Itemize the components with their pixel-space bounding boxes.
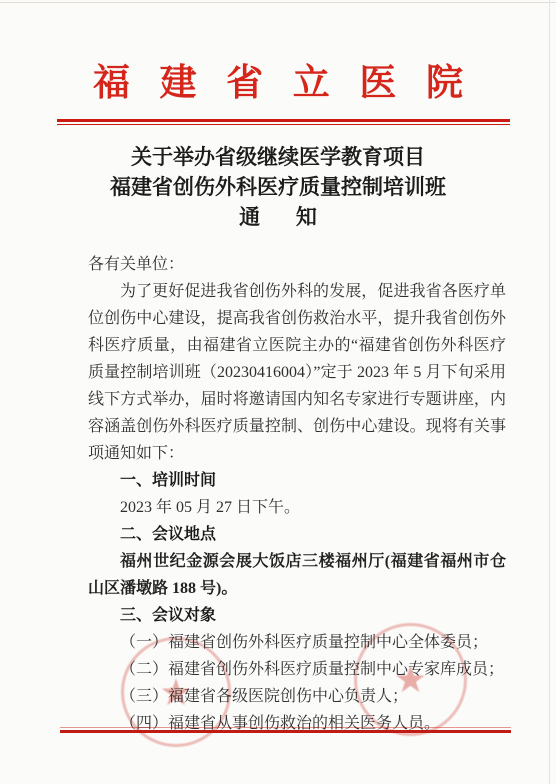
document-content: 福建省立医院 关于举办省级继续医学教育项目 福建省创伤外科医疗质量控制培训班 通… (0, 0, 556, 737)
footer-divider (60, 727, 511, 733)
section-2-heading: 二、会议地点 (88, 521, 506, 548)
intro-paragraph: 为了更好促进我省创伤外科的发展，促进我省各医疗单位创伤中心建设，提高我省创伤救治… (88, 278, 506, 467)
salutation: 各有关单位： (88, 251, 506, 278)
list-item: （一）福建省创伤外科医疗质量控制中心全体委员； (88, 629, 506, 656)
scanned-notice-page: { "letterhead": { "hospital_name": "福建省立… (0, 0, 556, 784)
attendee-list: （一）福建省创伤外科医疗质量控制中心全体委员； （二）福建省创伤外科医疗质量控制… (88, 629, 506, 737)
title-line-3: 通 知 (0, 202, 556, 232)
section-3-heading: 三、会议对象 (88, 602, 506, 629)
document-body: 各有关单位： 为了更好促进我省创伤外科的发展，促进我省各医疗单位创伤中心建设，提… (88, 251, 506, 737)
list-item: （三）福建省各级医院创伤中心负责人； (88, 683, 506, 710)
document-title: 关于举办省级继续医学教育项目 福建省创伤外科医疗质量控制培训班 通 知 (0, 142, 556, 232)
letterhead-divider (57, 119, 510, 125)
list-item: （二）福建省创伤外科医疗质量控制中心专家库成员； (88, 656, 506, 683)
section-2-content: 福州世纪金源会展大饭店三楼福州厅(福建省福州市仓山区潘墩路 188 号)。 (88, 548, 506, 602)
section-1-heading: 一、培训时间 (88, 467, 506, 494)
section-1-content: 2023 年 05 月 27 日下午。 (88, 494, 506, 521)
title-line-1: 关于举办省级继续医学教育项目 (0, 142, 556, 172)
hospital-name: 福建省立医院 (0, 0, 556, 106)
title-line-2: 福建省创伤外科医疗质量控制培训班 (0, 172, 556, 202)
